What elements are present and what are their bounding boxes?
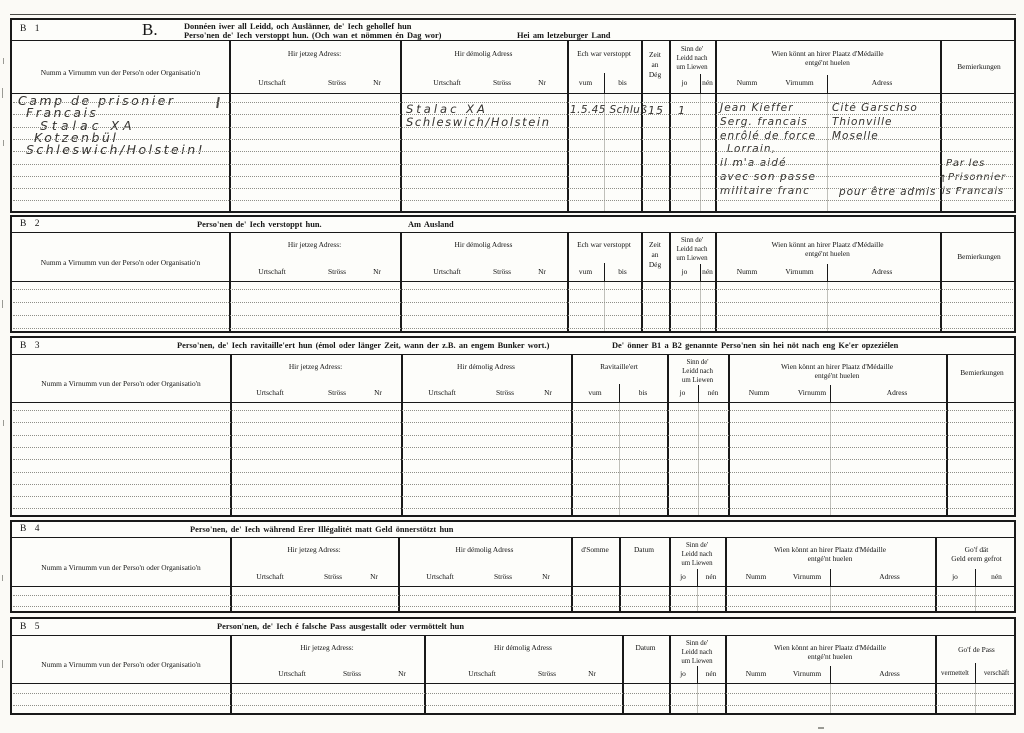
- subcol-nr: Nr: [522, 268, 562, 276]
- b1-grid: Numm a Virnumm vun der Perso'n oder Orga…: [12, 41, 1014, 211]
- b2-column-headers: Numm a Virnumm vun der Perso'n oder Orga…: [12, 233, 1014, 282]
- grid-subline: [700, 264, 701, 281]
- b1-label: B 1: [20, 24, 42, 34]
- subcol-nr: Nr: [522, 79, 562, 87]
- subcol-stross: Ströss: [312, 389, 362, 397]
- subcol-jo: jo: [935, 573, 975, 581]
- subcol-nen: nén: [700, 268, 715, 276]
- writing-rule-line: [13, 447, 1013, 448]
- subcol-bis: bis: [619, 389, 667, 397]
- b1-letter: B.: [142, 20, 158, 40]
- col-alive-3: um Liewen: [667, 377, 728, 384]
- b4-title: Perso'nen, de' Iech während Erer Illégal…: [190, 525, 453, 534]
- scanned-form-page: { "h": { "name": "Numm a Virnumm vun der…: [0, 0, 1024, 733]
- writing-rule-line: [13, 302, 1013, 303]
- grid-subline: [975, 684, 976, 713]
- subcol-jo: jo: [669, 573, 697, 581]
- b1-title-line1: Donnéen iwer all Leidd, och Auslänner, d…: [184, 22, 411, 31]
- subcol-stross: Ströss: [312, 79, 362, 87]
- b3-title-band: B 3 Perso'nen, de' Iech ravitaille'ert h…: [12, 338, 1014, 355]
- b3-column-headers: Numm a Virnumm vun der Perso'n oder Orga…: [12, 355, 1014, 403]
- writing-rule-line: [13, 484, 1013, 485]
- col-remarks: Bemierkungen: [946, 369, 1018, 377]
- grid-subline: [700, 94, 701, 211]
- entry-remark-line2: Prisonnier: [948, 172, 1006, 183]
- section-b2: B 2 Perso'nen de' Iech verstoppt hun. Am…: [10, 215, 1016, 333]
- grid-subline: [619, 384, 620, 402]
- scan-speck: [2, 660, 3, 668]
- subcol-nr: Nr: [356, 573, 392, 581]
- subcol-nr: Nr: [526, 573, 566, 581]
- col-current-address: Hir jetzeg Adress:: [230, 363, 401, 371]
- writing-rule-line: [13, 102, 1013, 103]
- col-alive-2: Leidd nach: [667, 368, 728, 375]
- grid-subline: [830, 569, 831, 586]
- b5-title: Person'nen, de' Iech é falsche Pass ausg…: [217, 622, 464, 631]
- subcol-numm: Numm: [722, 79, 772, 87]
- col-alive-3: um Liewen: [669, 658, 725, 665]
- col-remarks: Bemierkungen: [940, 63, 1018, 71]
- col-zeit-2: an: [641, 61, 669, 69]
- col-remarks: Bemierkungen: [940, 253, 1018, 261]
- scan-speck: [3, 420, 4, 426]
- writing-rule-line: [13, 200, 1013, 201]
- subcol-nr: Nr: [357, 268, 397, 276]
- subcol-vum: vum: [567, 79, 604, 87]
- writing-rule-line: [13, 459, 1013, 460]
- writing-rule-line: [13, 508, 1013, 509]
- b4-label: B 4: [20, 524, 42, 534]
- col-zeit-3: Dég: [641, 261, 669, 269]
- b2-data-area: [12, 282, 1014, 331]
- subcol-nr: Nr: [360, 389, 396, 397]
- b5-column-headers: Numm a Virnumm vun der Perso'n oder Orga…: [12, 636, 1014, 684]
- col-former-address: Hir démolig Adress: [400, 241, 567, 249]
- writing-rule-line: [13, 139, 1013, 140]
- writing-rule-line: [13, 176, 1013, 177]
- b2-grid: Numm a Virnumm vun der Perso'n oder Orga…: [12, 233, 1014, 331]
- scan-speck: [2, 300, 3, 308]
- col-alive-2: Leidd nach: [669, 55, 715, 62]
- subcol-vum: vum: [567, 268, 604, 276]
- entry-medal-line: militaire franc: [720, 185, 816, 199]
- subcol-nen: nén: [698, 389, 728, 397]
- subcol-adress: Adress: [832, 79, 932, 87]
- col-name: Numm a Virnumm vun der Perso'n oder Orga…: [12, 69, 229, 77]
- b2-title: Perso'nen de' Iech verstoppt hun.: [197, 220, 322, 229]
- subcol-vermettelt: vermettelt: [935, 670, 975, 677]
- col-medal-1: Wien könnt an hirer Plaatz d'Médaille: [725, 644, 935, 652]
- col-alive-1: Sinn de': [669, 46, 715, 53]
- writing-rule-line: [13, 410, 1013, 411]
- col-datum: Datum: [622, 644, 669, 652]
- subcol-nr: Nr: [528, 389, 568, 397]
- subcol-jo: jo: [669, 268, 700, 276]
- b5-label: B 5: [20, 622, 42, 632]
- col-current-address: Hir jetzeg Adress:: [230, 644, 424, 652]
- subcol-stross: Ströss: [477, 268, 527, 276]
- grid-subline: [830, 587, 831, 611]
- b1-title-location: Hei am letzeburger Land: [517, 31, 610, 40]
- col-medal-2: entgé'nt huelen: [728, 372, 946, 380]
- col-name: Numm a Virnumm vun der Perso'n oder Orga…: [12, 259, 229, 267]
- col-money-returned-1: Go'f dät: [935, 546, 1018, 554]
- subcol-virnumm: Virnumm: [772, 268, 827, 276]
- grid-subline: [827, 264, 828, 281]
- writing-rule-line: [13, 606, 1013, 607]
- subcol-virnumm: Virnumm: [772, 79, 827, 87]
- writing-rule-line: [13, 164, 1013, 165]
- col-ravitaille: Ravitaille'ert: [571, 363, 667, 371]
- col-alive-2: Leidd nach: [669, 246, 715, 253]
- writing-rule-line: [13, 315, 1013, 316]
- writing-rule-line: [13, 472, 1013, 473]
- col-name: Numm a Virnumm vun der Perso'n oder Orga…: [12, 564, 230, 572]
- grid-subline: [604, 263, 605, 281]
- subcol-virnumm: Virnumm: [777, 573, 837, 581]
- col-zeit: Zeit: [641, 51, 669, 59]
- col-current-address: Hir jetzeg Adress:: [230, 546, 398, 554]
- b3-data-area: [12, 403, 1014, 515]
- writing-rule-line: [13, 705, 1013, 706]
- col-hidden: Ech war verstoppt: [567, 50, 641, 58]
- grid-subline: [604, 73, 605, 93]
- subcol-stross: Ströss: [480, 389, 530, 397]
- scan-edge-line: [10, 14, 1016, 15]
- subcol-nen: nén: [697, 573, 725, 581]
- subcol-nen: nén: [975, 573, 1018, 581]
- b1-column-headers: Numm a Virnumm vun der Perso'n oder Orga…: [12, 41, 1014, 94]
- col-name: Numm a Virnumm vun der Perso'n oder Orga…: [12, 661, 230, 669]
- subcol-jo: jo: [667, 389, 698, 397]
- scan-speck: [2, 88, 3, 98]
- b2-label: B 2: [20, 219, 42, 229]
- entry-former-address: Stalac XA Schleswich/Holstein: [406, 103, 551, 129]
- col-current-address: Hir jetzeg Adress:: [229, 50, 400, 58]
- b4-grid: Numm a Virnumm vun der Perso'n oder Orga…: [12, 538, 1014, 611]
- subcol-urtschaft: Urtschaft: [242, 268, 302, 276]
- entry-medal-line: enrôlé de force: [720, 130, 816, 144]
- writing-rule-line: [13, 595, 1013, 596]
- col-medal-2: entgé'nt huelen: [715, 250, 940, 258]
- grid-subline: [975, 587, 976, 611]
- col-former-address: Hir démolig Adress: [401, 363, 571, 371]
- col-medal-1: Wien könnt an hirer Plaatz d'Médaille: [725, 546, 935, 554]
- col-money-returned-2: Geld erem gefrot: [935, 555, 1018, 563]
- col-alive-3: um Liewen: [669, 255, 715, 262]
- b2-subtitle: Am Ausland: [408, 220, 454, 229]
- subcol-adress: Adress: [852, 389, 942, 397]
- col-alive-1: Sinn de': [669, 237, 715, 244]
- grid-subline: [697, 587, 698, 611]
- writing-rule-line: [13, 422, 1013, 423]
- subcol-adress: Adress: [847, 670, 932, 678]
- b5-data-area: [12, 684, 1014, 713]
- b5-grid: Numm a Virnumm vun der Perso'n oder Orga…: [12, 636, 1014, 713]
- scan-speck: [3, 58, 4, 64]
- writing-rule-line: [13, 114, 1013, 115]
- grid-subline: [697, 666, 698, 683]
- writing-rule-line: [13, 188, 1013, 189]
- col-zeit-3: Dég: [641, 71, 669, 79]
- subcol-adress: Adress: [832, 268, 932, 276]
- subcol-nen: nén: [697, 670, 725, 678]
- scan-speck: [818, 727, 824, 729]
- b3-title: Perso'nen, de' Iech ravitaille'ert hun (…: [177, 341, 549, 350]
- grid-subline: [697, 569, 698, 586]
- col-medal-2: entgé'nt huelen: [725, 555, 935, 563]
- writing-rule-line: [13, 435, 1013, 436]
- col-alive-3: um Liewen: [669, 64, 715, 71]
- col-alive-1: Sinn de': [669, 640, 725, 647]
- subcol-urtschaft: Urtschaft: [242, 79, 302, 87]
- col-medal-1: Wien könnt an hirer Plaatz d'Médaille: [728, 363, 946, 371]
- subcol-urtschaft: Urtschaft: [410, 573, 470, 581]
- col-medal-2: entgé'nt huelen: [725, 653, 935, 661]
- writing-rule-line: [13, 328, 1013, 329]
- col-medal-1: Wien könnt an hirer Plaatz d'Médaille: [715, 241, 940, 249]
- subcol-stross: Ströss: [327, 670, 377, 678]
- writing-rule-line: [13, 151, 1013, 152]
- section-b1: B 1 B. Donnéen iwer all Leidd, och Auslä…: [10, 18, 1016, 213]
- grid-subline: [827, 75, 828, 93]
- subcol-vum: vum: [571, 389, 619, 397]
- subcol-numm: Numm: [722, 268, 772, 276]
- grid-subline: [975, 569, 976, 586]
- b1-title-band: B 1 B. Donnéen iwer all Leidd, och Auslä…: [12, 20, 1014, 41]
- subcol-numm: Numm: [731, 670, 781, 678]
- subcol-urtschaft: Urtschaft: [417, 79, 477, 87]
- writing-rule-line: [13, 496, 1013, 497]
- col-zeit: Zeit: [641, 241, 669, 249]
- subcol-stross: Ströss: [312, 268, 362, 276]
- col-name: Numm a Virnumm vun der Perso'n oder Orga…: [12, 380, 230, 388]
- col-datum: Datum: [619, 546, 669, 554]
- subcol-nr: Nr: [357, 79, 397, 87]
- col-current-address: Hir jetzeg Adress:: [229, 241, 400, 249]
- col-medal-2: entgé'nt huelen: [715, 59, 940, 67]
- grid-subline: [700, 74, 701, 93]
- subcol-bis: bis: [604, 79, 641, 87]
- grid-subline: [698, 385, 699, 402]
- subcol-urtschaft: Urtschaft: [452, 670, 512, 678]
- subcol-urtschaft: Urtschaft: [240, 389, 300, 397]
- b3-title-note: De' önner B1 a B2 genannte Perso'nen sin…: [612, 341, 898, 350]
- col-alive-2: Leidd nach: [669, 649, 725, 656]
- b3-label: B 3: [20, 341, 42, 351]
- col-zeit-2: an: [641, 251, 669, 259]
- subcol-nr: Nr: [572, 670, 612, 678]
- b4-data-area: [12, 587, 1014, 611]
- grid-subline: [697, 684, 698, 713]
- col-somme: d'Somme: [571, 546, 619, 554]
- grid-subline: [830, 385, 831, 402]
- section-b4: B 4 Perso'nen, de' Iech während Erer Ill…: [10, 520, 1016, 613]
- col-hidden: Ech war verstoppt: [567, 241, 641, 249]
- col-alive-1: Sinn de': [669, 542, 725, 549]
- subcol-urtschaft: Urtschaft: [412, 389, 472, 397]
- subcol-numm: Numm: [734, 389, 784, 397]
- subcol-urtschaft: Urtschaft: [417, 268, 477, 276]
- writing-rule-line: [13, 693, 1013, 694]
- grid-subline: [975, 663, 976, 683]
- col-alive-1: Sinn de': [667, 359, 728, 366]
- grid-subline: [830, 666, 831, 683]
- entry-medal-address: Cité Garschso Thionville Moselle: [832, 102, 918, 143]
- writing-rule-line: [13, 127, 1013, 128]
- scan-speck: [3, 140, 4, 146]
- subcol-stross: Ströss: [478, 573, 528, 581]
- writing-rule-line: [13, 289, 1013, 290]
- col-pass: Go'f de Pass: [935, 646, 1018, 654]
- subcol-nr: Nr: [382, 670, 422, 678]
- b1-title-line2: Perso'nen de' Iech verstoppt hun. (Och w…: [184, 31, 441, 40]
- b4-title-band: B 4 Perso'nen, de' Iech während Erer Ill…: [12, 522, 1014, 538]
- subcol-virnumm: Virnumm: [777, 670, 837, 678]
- col-medal-1: Wien könnt an hirer Plaatz d'Médaille: [715, 50, 940, 58]
- subcol-nen: nén: [700, 79, 715, 87]
- subcol-urtschaft: Urtschaft: [262, 670, 322, 678]
- b3-grid: Numm a Virnumm vun der Perso'n oder Orga…: [12, 355, 1014, 515]
- subcol-bis: bis: [604, 268, 641, 276]
- entry-medal-line: avec son passe: [720, 171, 816, 185]
- col-alive-2: Leidd nach: [669, 551, 725, 558]
- section-b3: B 3 Perso'nen, de' Iech ravitaille'ert h…: [10, 336, 1016, 517]
- subcol-stross: Ströss: [308, 573, 358, 581]
- b1-data-area: Camp de prisonier Francais Stalac XA Kot…: [12, 94, 1014, 211]
- subcol-numm: Numm: [731, 573, 781, 581]
- b4-column-headers: Numm a Virnumm vun der Perso'n oder Orga…: [12, 538, 1014, 587]
- entry-medal-address-line: Moselle: [832, 130, 918, 144]
- col-former-address: Hir démolig Adress: [424, 644, 622, 652]
- subcol-adress: Adress: [847, 573, 932, 581]
- grid-subline: [830, 684, 831, 713]
- b5-title-band: B 5 Person'nen, de' Iech é falsche Pass …: [12, 619, 1014, 636]
- subcol-stross: Ströss: [477, 79, 527, 87]
- subcol-jo: jo: [669, 670, 697, 678]
- subcol-jo: jo: [669, 79, 700, 87]
- scan-speck: [2, 575, 3, 581]
- subcol-verschaft: verschäft: [975, 670, 1018, 677]
- grid-subline: [827, 94, 828, 211]
- subcol-urtschaft: Urtschaft: [240, 573, 300, 581]
- subcol-virnumm: Virnumm: [782, 389, 842, 397]
- b2-title-band: B 2 Perso'nen de' Iech verstoppt hun. Am…: [12, 217, 1014, 233]
- subcol-stross: Ströss: [522, 670, 572, 678]
- section-b5: B 5 Person'nen, de' Iech é falsche Pass …: [10, 617, 1016, 715]
- col-alive-3: um Liewen: [669, 560, 725, 567]
- col-former-address: Hir démolig Adress: [398, 546, 571, 554]
- col-former-address: Hir démolig Adress: [400, 50, 567, 58]
